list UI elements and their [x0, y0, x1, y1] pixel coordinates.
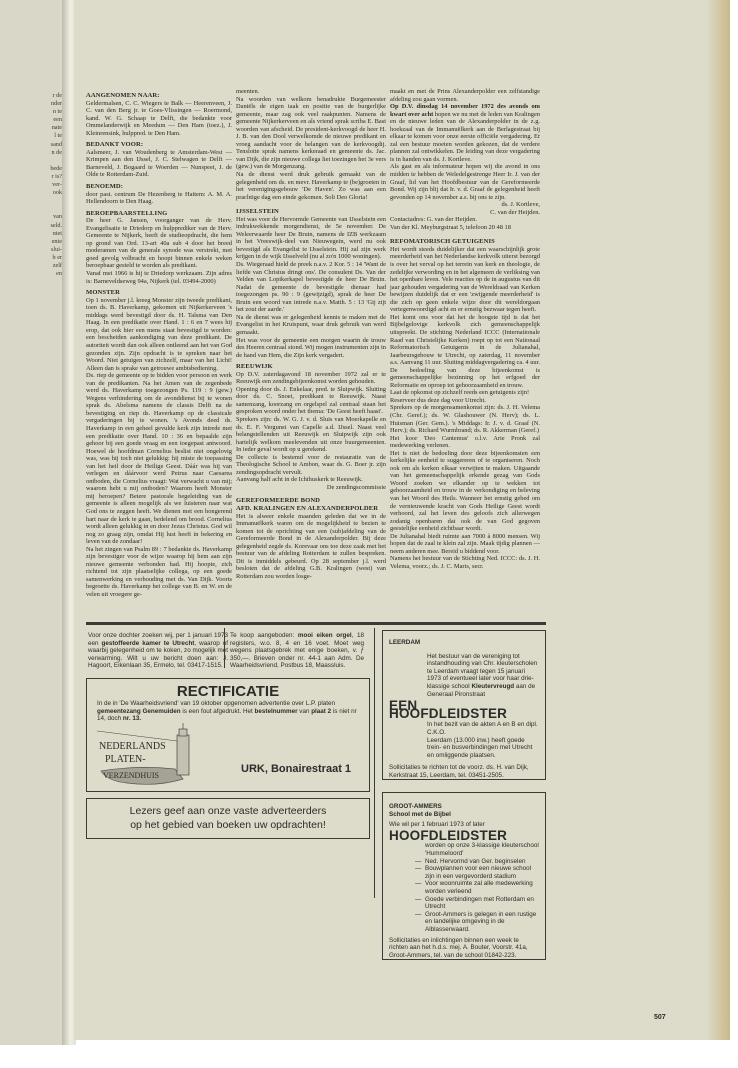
- list-item: —Goede verbindingen met Rotterdam en Utr…: [425, 896, 539, 911]
- ad-divider: [224, 628, 225, 668]
- text-monster-continued: meenten. Na woorden van welkom benadrukt…: [236, 88, 386, 201]
- list-item: —Voor woonruimte zal alle medewerking wo…: [425, 880, 539, 895]
- ad-organ-for-sale: Te koop aangeboden: mooi eiken orgel, 18…: [230, 632, 364, 670]
- section-divider: [86, 622, 546, 625]
- text-benoemd: door past. centrum De Hezenberg te Hatte…: [86, 191, 232, 206]
- signature-zendingscommissie: De zendingscommissie: [236, 484, 386, 492]
- text-gereformeerde-bond: Het is alweer enkele maanden geleden dat…: [236, 513, 386, 581]
- leerdam-details: In het bezit van de akten A en B en dipl…: [389, 721, 539, 759]
- contact-address: Contactadres: G. van der Heijden. Van de…: [390, 216, 540, 231]
- ad-leerdam: LEERDAM Het bestuur van de vereniging to…: [382, 630, 546, 780]
- column-3: maakt en met de Prins Alexanderpolder ee…: [390, 88, 540, 570]
- text-monster: Op 1 november j.l. kreeg Monster zijn tw…: [86, 297, 232, 599]
- heading-monster: MONSTER: [86, 289, 232, 297]
- groot-ammers-place: GROOT-AMMERS: [389, 803, 539, 811]
- rectificatie-body: In de in 'De Waarheidsvriend' van 19 okt…: [87, 700, 369, 723]
- list-item: —Bouwplannen voor een nieuwe school zijn…: [425, 865, 539, 880]
- page-number: 507: [654, 1014, 666, 1021]
- heading-reeuwijk: REEUWIJK: [236, 363, 386, 371]
- column-2: meenten. Na woorden van welkom benadrukt…: [236, 88, 386, 580]
- list-item: —Groot-Ammers is gelegen in een rustige …: [425, 911, 539, 934]
- rectificatie-title: RECTIFICATIE: [87, 683, 369, 700]
- rectificatie-address: URK, Bonairestraat 1: [241, 763, 351, 775]
- platenverzendhuis-logo: NEDERLANDS PLATEN- VERZENDHUIS: [97, 721, 217, 787]
- heading-gereformeerde-bond: GEREFORMEERDE BOND AFD. KRALINGEN EN ALE…: [236, 497, 386, 512]
- newspaper-page: AANGENOMEN NAAR: Geldermalsen, C. C. Wie…: [74, 0, 730, 1040]
- heading-beroepbaarstelling: BEROEPBAARSTELLING: [86, 210, 232, 218]
- previous-page-text: r de nder n te een nate l te sand n de b…: [2, 92, 62, 278]
- page-edge-shadow: [706, 0, 730, 1040]
- signature-van-der-heijden: C. van der Heijden.: [390, 209, 540, 217]
- text-bedankt: Aalsmeer, J. van Woudenberg te Amsterdam…: [86, 149, 232, 179]
- heading-bedankt: BEDANKT VOOR:: [86, 141, 232, 149]
- heading-reformatorisch-getuigenis: REFOMATORISCH GETUIGENIS: [390, 238, 540, 246]
- text-bond-continued: maakt en met de Prins Alexanderpolder ee…: [390, 88, 540, 201]
- text-beroepbaarstelling: De heer G. Jansen, voorganger van de Her…: [86, 217, 232, 285]
- groot-ammers-points: worden op onze 3-klassige kleuterschool …: [389, 842, 539, 933]
- text-reformatorisch-getuigenis: Het wordt steeds duidelijker dat een waa…: [390, 246, 540, 571]
- text-aangenomen: Geldermalsen, C. C. Wiegers te Balk — He…: [86, 100, 232, 138]
- ad-groot-ammers: GROOT-AMMERS School met de Bijbel Wie wi…: [382, 792, 546, 960]
- leerdam-intro: Het bestuur van de vereniging tot instan…: [389, 653, 539, 699]
- groot-ammers-apply: Sollicitaties en inlichtingen binnen een…: [389, 937, 539, 960]
- ad-slogan: Lezers geef aan onze vaste adverteerders…: [86, 798, 370, 839]
- leerdam-apply: Sollicitaties te richten tot de voorz. d…: [389, 764, 539, 779]
- groot-ammers-position: HOOFDLEIDSTER: [389, 832, 539, 840]
- ad-column-divider: [374, 628, 375, 898]
- signature-kortleve: ds. J. Kortleve,: [390, 201, 540, 209]
- previous-page-fragment: r de nder n te een nate l te sand n de b…: [0, 0, 66, 1045]
- groot-ammers-school: School met de Bijbel: [389, 811, 539, 819]
- heading-ijsselstein: IJSSELSTEIN: [236, 208, 386, 216]
- leerdam-place: LEERDAM: [389, 639, 539, 647]
- groot-ammers-lead: worden op onze 3-klassige kleuterschool …: [425, 842, 539, 857]
- list-item: —Ned. Hervormd van Ger. beginselen: [425, 858, 539, 866]
- heading-aangenomen: AANGENOMEN NAAR:: [86, 92, 232, 100]
- text-reeuwijk: Op D.V. zaterdagavond 18 november 1972 z…: [236, 371, 386, 484]
- ad-rectificatie: RECTIFICATIE In de in 'De Waarheidsvrien…: [86, 678, 370, 792]
- heading-benoemd: BENOEMD:: [86, 183, 232, 191]
- ad-room-wanted: Voor onze dochter zoeken wij, per 1 janu…: [88, 632, 228, 670]
- column-1: AANGENOMEN NAAR: Geldermalsen, C. C. Wie…: [86, 88, 232, 599]
- text-ijsselstein: Het was voor de Hervormde Gemeente van I…: [236, 216, 386, 359]
- leerdam-position: EEN HOOFDLEIDSTER: [389, 702, 539, 717]
